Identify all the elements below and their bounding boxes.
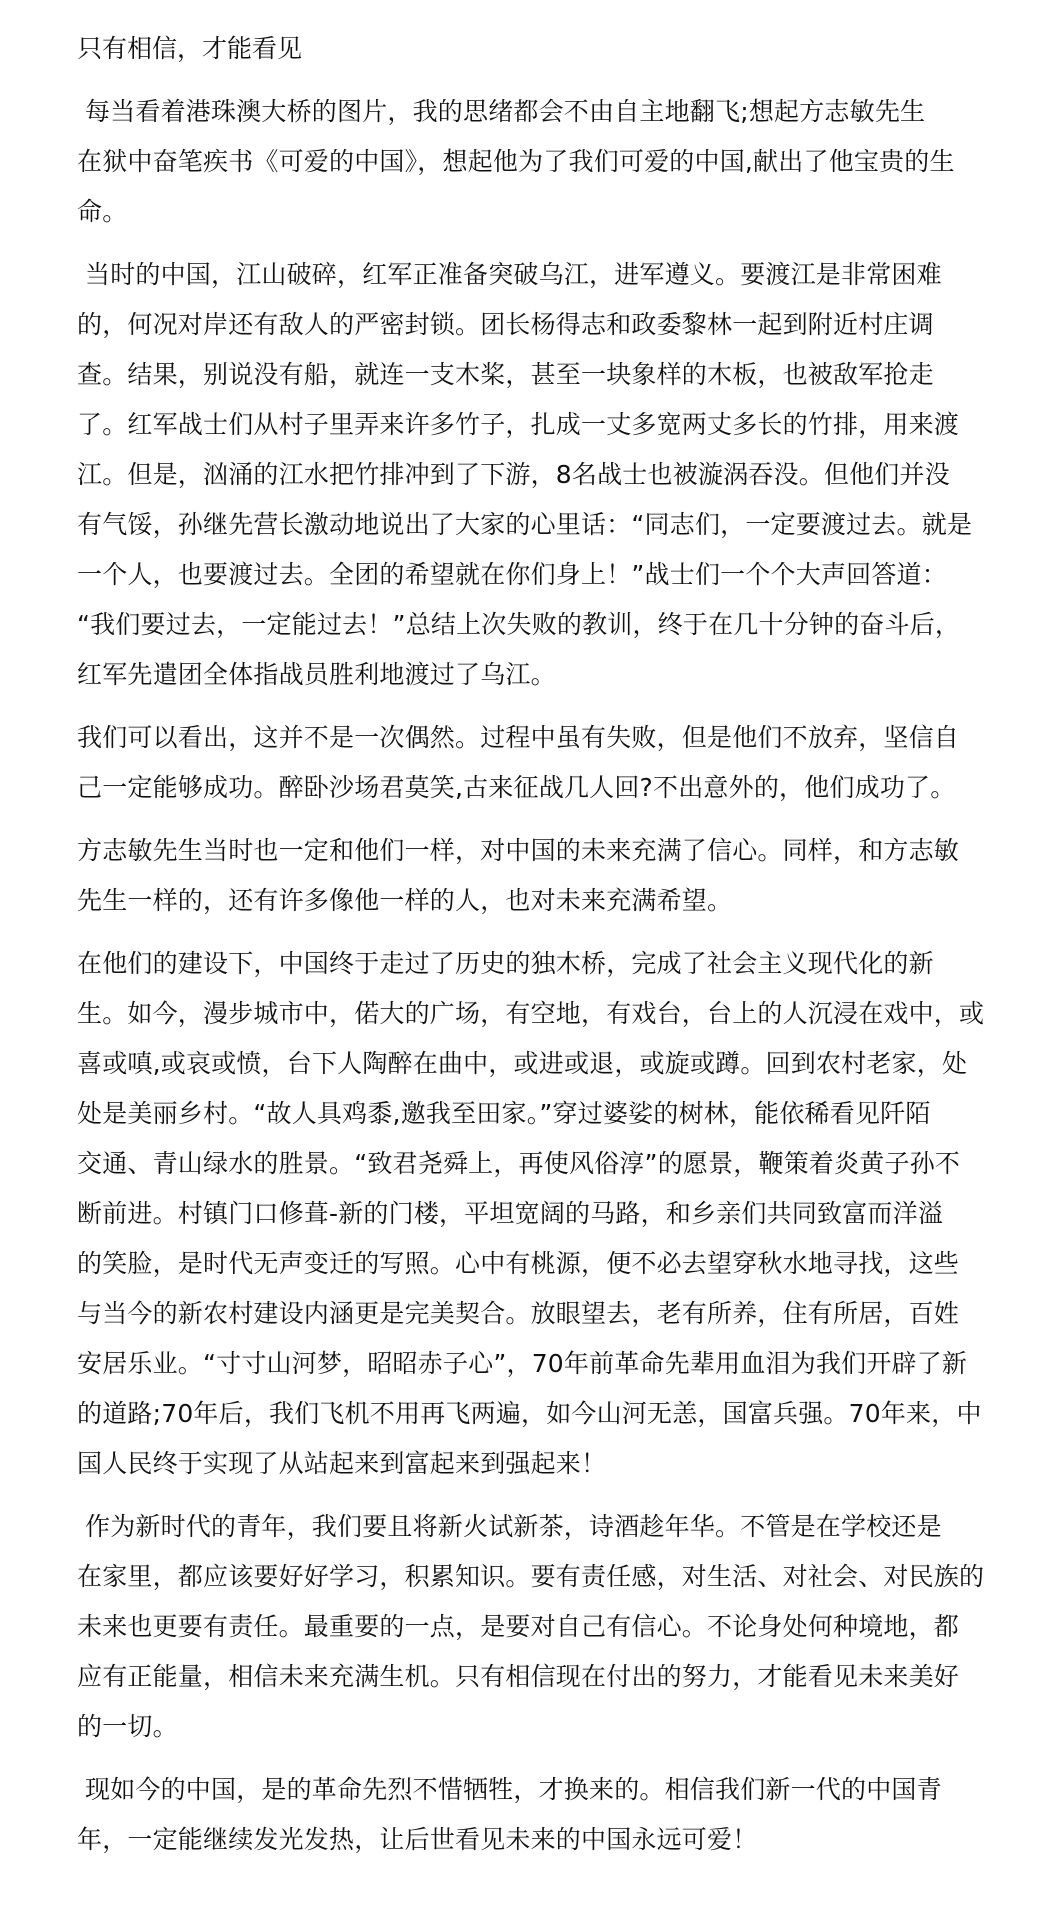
paragraph-line: 的道路;70年后，我们飞机不用再飞两遍，如今山河无恙，国富兵强。70年来，中 [77,1389,977,1439]
paragraph-line: 我们可以看出，这并不是一次偶然。过程中虽有失败，但是他们不放弃，坚信自 [77,713,977,763]
paragraph-line: 命。 [77,187,977,237]
paragraph-line: 当时的中国，江山破碎，红军正准备突破乌江，进军遵义。要渡江是非常困难 [77,250,977,300]
paragraph-line: 了。红军战士们从村子里弄来许多竹子，扎成一丈多宽两丈多长的竹排，用来渡 [77,400,977,450]
paragraph-line: 在他们的建设下，中国终于走过了历史的独木桥，完成了社会主义现代化的新 [77,939,977,989]
essay-paragraph: 在他们的建设下，中国终于走过了历史的独木桥，完成了社会主义现代化的新生。如今，漫… [77,939,977,1489]
paragraph-line: 方志敏先生当时也一定和他们一样，对中国的未来充满了信心。同样，和方志敏 [77,826,977,876]
essay-paragraph: 每当看着港珠澳大桥的图片，我的思绪都会不由自主地翻飞;想起方志敏先生在狱中奋笔疾… [77,87,977,237]
essay-body: 每当看着港珠澳大桥的图片，我的思绪都会不由自主地翻飞;想起方志敏先生在狱中奋笔疾… [77,87,977,1865]
essay-document: 只有相信，才能看见 每当看着港珠澳大桥的图片，我的思绪都会不由自主地翻飞;想起方… [0,0,977,1865]
paragraph-line: 红军先遣团全体指战员胜利地渡过了乌江。 [77,650,977,700]
paragraph-line: 的笑脸，是时代无声变迁的写照。心中有桃源，便不必去望穿秋水地寻找，这些 [77,1239,977,1289]
paragraph-line: 的，何况对岸还有敌人的严密封锁。团长杨得志和政委黎林一起到附近村庄调 [77,300,977,350]
paragraph-line: 安居乐业。“寸寸山河梦，昭昭赤子心”，70年前革命先辈用血泪为我们开辟了新 [77,1339,977,1389]
paragraph-line: 每当看着港珠澳大桥的图片，我的思绪都会不由自主地翻飞;想起方志敏先生 [77,87,977,137]
paragraph-line: 一个人，也要渡过去。全团的希望就在你们身上！”战士们一个个大声回答道： [77,550,977,600]
essay-paragraph: 现如今的中国，是的革命先烈不惜牺牲，才换来的。相信我们新一代的中国青年，一定能继… [77,1765,977,1865]
paragraph-line: 作为新时代的青年，我们要且将新火试新茶，诗酒趁年华。不管是在学校还是 [77,1502,977,1552]
paragraph-line: 现如今的中国，是的革命先烈不惜牺牲，才换来的。相信我们新一代的中国青 [77,1765,977,1815]
paragraph-line: 己一定能够成功。醉卧沙场君莫笑,古来征战几人回?不出意外的，他们成功了。 [77,763,977,813]
paragraph-line: 生。如今，漫步城市中，偌大的广场，有空地，有戏台，台上的人沉浸在戏中，或 [77,989,977,1039]
paragraph-line: 在家里，都应该要好好学习，积累知识。要有责任感，对生活、对社会、对民族的 [77,1552,977,1602]
paragraph-line: 国人民终于实现了从站起来到富起来到强起来！ [77,1439,977,1489]
essay-paragraph: 作为新时代的青年，我们要且将新火试新茶，诗酒趁年华。不管是在学校还是在家里，都应… [77,1502,977,1752]
paragraph-line: 处是美丽乡村。“故人具鸡黍,邀我至田家。”穿过婆娑的树林，能依稀看见阡陌 [77,1089,977,1139]
paragraph-line: 在狱中奋笔疾书《可爱的中国》，想起他为了我们可爱的中国,献出了他宝贵的生 [77,137,977,187]
paragraph-line: 有气馁，孙继先营长激动地说出了大家的心里话：“同志们，一定要渡过去。就是 [77,500,977,550]
paragraph-line: 未来也更要有责任。最重要的一点，是要对自己有信心。不论身处何种境地，都 [77,1602,977,1652]
essay-paragraph: 我们可以看出，这并不是一次偶然。过程中虽有失败，但是他们不放弃，坚信自己一定能够… [77,713,977,813]
paragraph-line: “我们要过去，一定能过去！”总结上次失败的教训，终于在几十分钟的奋斗后， [77,600,977,650]
paragraph-line: 查。结果，别说没有船，就连一支木桨，甚至一块象样的木板，也被敌军抢走 [77,350,977,400]
paragraph-line: 应有正能量，相信未来充满生机。只有相信现在付出的努力，才能看见未来美好 [77,1652,977,1702]
essay-paragraph: 当时的中国，江山破碎，红军正准备突破乌江，进军遵义。要渡江是非常困难的，何况对岸… [77,250,977,700]
paragraph-line: 喜或嗔,或哀或愤，台下人陶醉在曲中，或进或退，或旋或蹲。回到农村老家，处 [77,1039,977,1089]
paragraph-line: 与当今的新农村建设内涵更是完美契合。放眼望去，老有所养，住有所居，百姓 [77,1289,977,1339]
essay-title: 只有相信，才能看见 [77,24,977,74]
paragraph-line: 年，一定能继续发光发热，让后世看见未来的中国永远可爱！ [77,1815,977,1865]
essay-paragraph: 方志敏先生当时也一定和他们一样，对中国的未来充满了信心。同样，和方志敏先生一样的… [77,826,977,926]
paragraph-line: 先生一样的，还有许多像他一样的人，也对未来充满希望。 [77,876,977,926]
paragraph-line: 江。但是，汹涌的江水把竹排冲到了下游，8名战士也被漩涡吞没。但他们并没 [77,450,977,500]
paragraph-line: 断前进。村镇门口修葺-新的门楼，平坦宽阔的马路，和乡亲们共同致富而洋溢 [77,1189,977,1239]
paragraph-line: 交通、青山绿水的胜景。“致君尧舜上，再使风俗淳”的愿景，鞭策着炎黄子孙不 [77,1139,977,1189]
paragraph-line: 的一切。 [77,1702,977,1752]
